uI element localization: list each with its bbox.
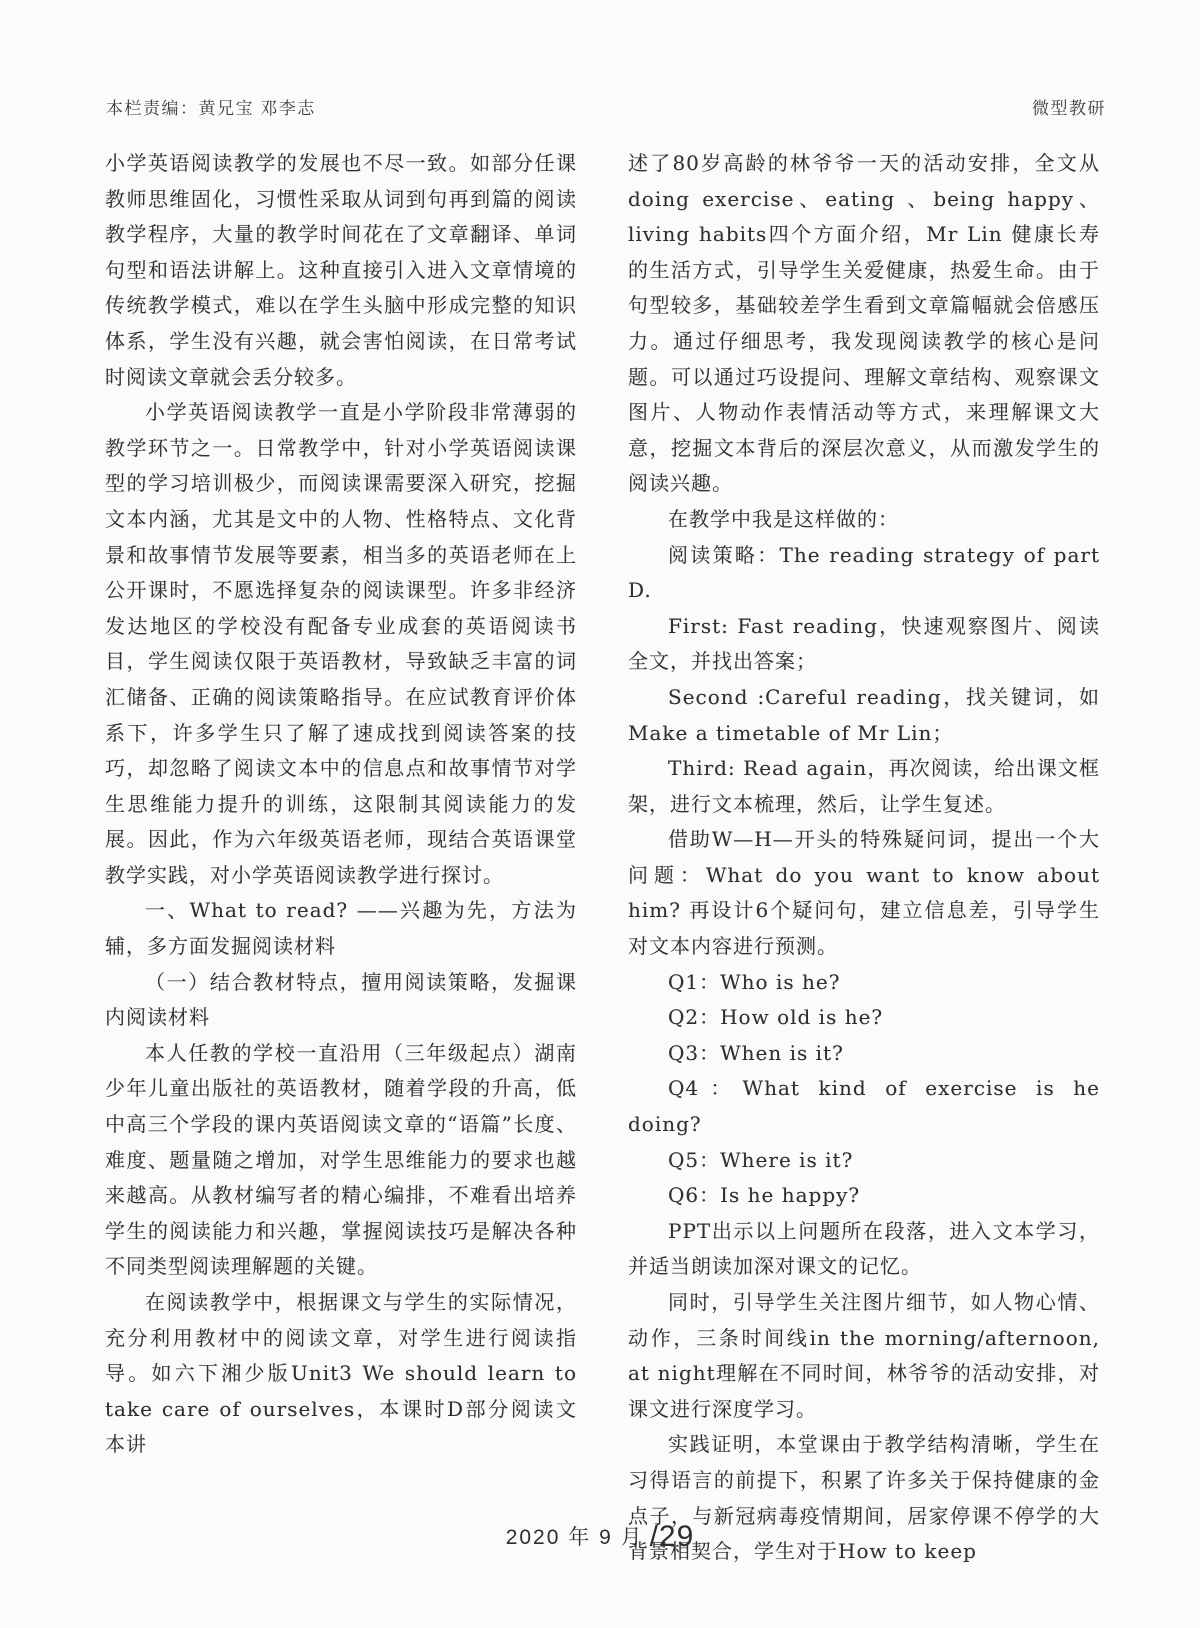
paragraph: 本人任教的学校一直沿用（三年级起点）湖南少年儿童出版社的英语教材，随着学段的升高… <box>105 1036 577 1285</box>
left-column: 小学英语阅读教学的发展也不尽一致。如部分任课教师思维固化，习惯性采取从词到句再到… <box>105 146 577 1570</box>
question-item: Q1：Who is he? <box>628 965 1100 1001</box>
right-column: 述了80岁高龄的林爷爷一天的活动安排，全文从doing exercise、eat… <box>628 146 1100 1570</box>
subsection-heading: （一）结合教材特点，擅用阅读策略，发掘课内阅读材料 <box>105 965 577 1036</box>
paragraph: 小学英语阅读教学的发展也不尽一致。如部分任课教师思维固化，习惯性采取从词到句再到… <box>105 146 577 395</box>
paragraph: PPT出示以上问题所在段落，进入文本学习，并适当朗读加深对课文的记忆。 <box>628 1214 1100 1285</box>
paragraph: Third: Read again，再次阅读，给出课文框架，进行文本梳理，然后，… <box>628 751 1100 822</box>
paragraph: 小学英语阅读教学一直是小学阶段非常薄弱的教学环节之一。日常教学中，针对小学英语阅… <box>105 395 577 893</box>
section-title: 微型教研 <box>1032 94 1106 119</box>
article-body: 小学英语阅读教学的发展也不尽一致。如部分任课教师思维固化，习惯性采取从词到句再到… <box>105 146 1100 1570</box>
question-item: Q2：How old is he? <box>628 1000 1100 1036</box>
question-item: Q3：When is it? <box>628 1036 1100 1072</box>
page-number: /29 <box>650 1520 695 1553</box>
paragraph: Second :Careful reading，找关键词，如Make a tim… <box>628 680 1100 751</box>
column-editors-label: 本栏责编：黄兄宝 邓李志 <box>106 94 316 119</box>
paragraph: 在阅读教学中，根据课文与学生的实际情况，充分利用教材中的阅读文章，对学生进行阅读… <box>105 1285 577 1463</box>
question-item: Q4：What kind of exercise is he doing? <box>628 1071 1100 1142</box>
paragraph: 在教学中我是这样做的： <box>628 502 1100 538</box>
section-heading: 一、What to read? ——兴趣为先，方法为辅，多方面发掘阅读材料 <box>105 893 577 964</box>
question-item: Q6：Is he happy? <box>628 1178 1100 1214</box>
paragraph: First: Fast reading，快速观察图片、阅读全文，并找出答案； <box>628 609 1100 680</box>
paragraph: 借助W—H—开头的特殊疑问词，提出一个大问题：What do you want … <box>628 822 1100 964</box>
paragraph: 阅读策略：The reading strategy of part D. <box>628 538 1100 609</box>
issue-date: 2020 年 9 月 <box>506 1526 644 1549</box>
paragraph: 同时，引导学生关注图片细节，如人物心情、动作，三条时间线in the morni… <box>628 1285 1100 1427</box>
question-item: Q5：Where is it? <box>628 1143 1100 1179</box>
running-head: 本栏责编：黄兄宝 邓李志 微型教研 <box>106 94 1106 119</box>
journal-page: 本栏责编：黄兄宝 邓李志 微型教研 小学英语阅读教学的发展也不尽一致。如部分任课… <box>0 0 1200 1628</box>
paragraph: 述了80岁高龄的林爷爷一天的活动安排，全文从doing exercise、eat… <box>628 146 1100 502</box>
page-footer: 2020 年 9 月/29 <box>0 1520 1200 1554</box>
